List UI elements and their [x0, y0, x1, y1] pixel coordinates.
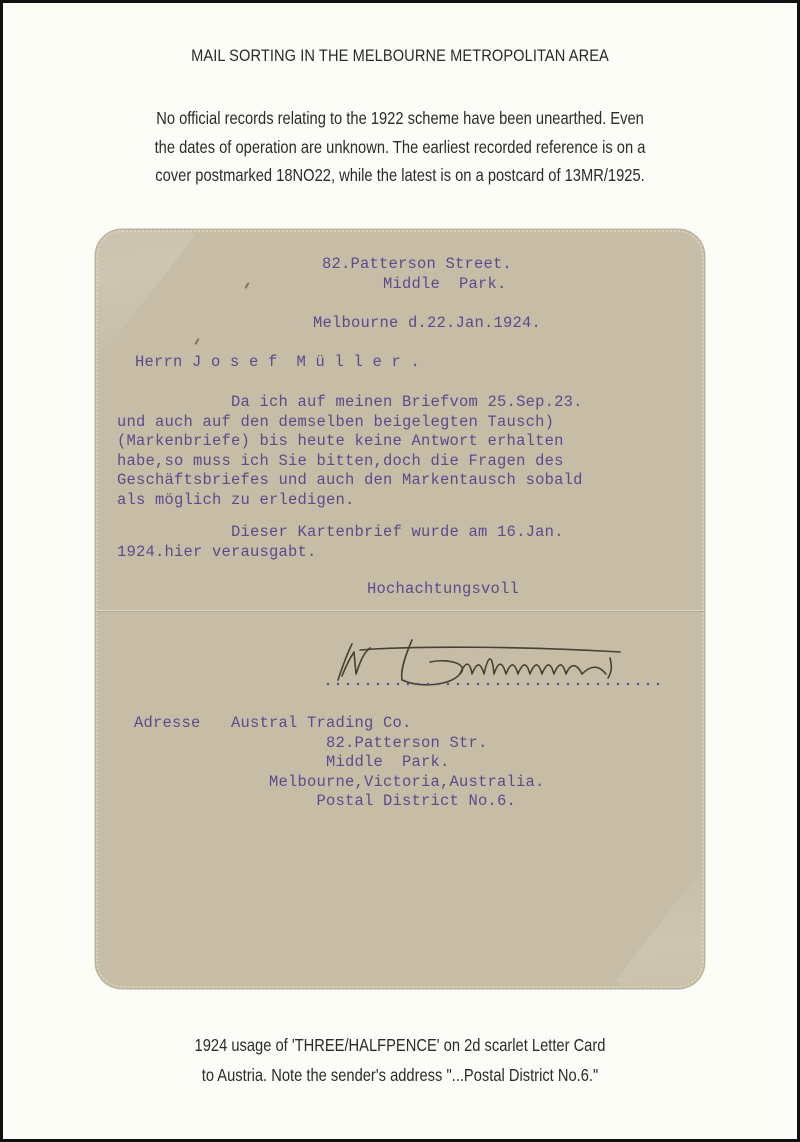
address-label: Adresse — [134, 714, 201, 734]
ink-speck — [194, 338, 199, 345]
image-caption: 1924 usage of 'THREE/HALFPENCE' on 2d sc… — [0, 1030, 800, 1090]
card-corner-crease — [96, 230, 196, 361]
recipient-address: Austral Trading Co. 82.Patterson Str. Mi… — [231, 714, 545, 812]
page-title: MAIL SORTING IN THE MELBOURNE METROPOLIT… — [56, 46, 744, 66]
caption-line: 1924 usage of 'THREE/HALFPENCE' on 2d sc… — [64, 1030, 736, 1060]
card-corner-crease — [615, 862, 704, 988]
handwritten-signature — [320, 630, 690, 690]
letter-closing: Hochachtungsvoll — [367, 580, 519, 600]
sender-suburb: Middle Park. — [383, 275, 507, 295]
intro-line: cover postmarked 18NO22, while the lates… — [98, 161, 703, 190]
intro-line: No official records relating to the 1922… — [98, 104, 703, 133]
ink-speck — [244, 282, 249, 289]
letter-body-paragraph-2: Dieser Kartenbrief wurde am 16.Jan. 1924… — [117, 523, 564, 562]
letter-body-paragraph-1: Da ich auf meinen Briefvom 25.Sep.23. un… — [117, 393, 583, 510]
fold-line — [96, 610, 704, 611]
caption-line: to Austria. Note the sender's address ".… — [64, 1060, 736, 1090]
letter-salutation: Herrn J o s e f M ü l l e r . — [135, 353, 420, 373]
letter-dateline: Melbourne d.22.Jan.1924. — [313, 314, 541, 334]
intro-line: the dates of operation are unknown. The … — [98, 133, 703, 162]
letter-card: 82.Patterson Street. Middle Park. Melbou… — [96, 230, 704, 988]
intro-paragraph: No official records relating to the 1922… — [40, 104, 760, 190]
sender-street: 82.Patterson Street. — [322, 255, 512, 275]
